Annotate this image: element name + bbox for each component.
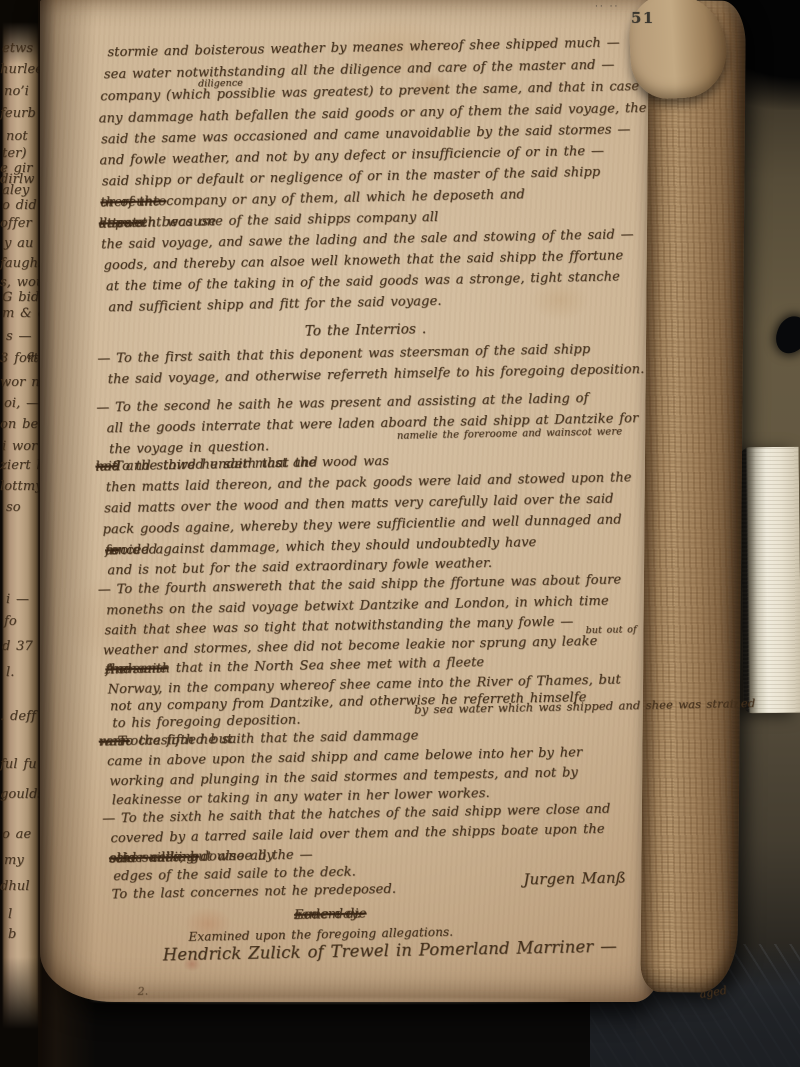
manuscript-line: and is not but for the said extraordinar… [107,557,492,577]
manuscript-line: the said voyage, and sawe the lading and… [101,228,634,251]
manuscript-line: pack goods againe, whereby they were suf… [103,513,622,536]
catchword: aged [699,985,728,1000]
archival-photograph: etwshurleeno’ifeurbnotter)e girdirlwaley… [0,0,800,1067]
manuscript-line: weather and stormes, shee did not become… [103,635,598,657]
manuscript-line: and sufficient shipp and fitt for the sa… [108,295,441,314]
interrogatories-heading: To the Interrios . [305,323,427,339]
interlined-note: namelie the foreroome and wainscot were [397,427,622,441]
manuscript-line: covered by a tarred saile laid over them… [110,823,604,845]
manuscript-line: and fowle weather, and not by any defect… [99,145,604,168]
manuscript-line: To the last concernes not he predeposed. [112,883,397,901]
manuscript-line: came in above upon the said shipp and ca… [107,746,582,768]
folio-number: 2. [137,986,148,997]
manuscript-line: — To the second he saith he was present … [96,392,588,414]
manuscript-line: said matts over the wood and then matts … [104,493,614,516]
manuscript-line: sea water notwithstanding all the dilige… [104,59,615,82]
marginal-addition: by sea water which was shipped and shee … [414,698,755,716]
interlined-word: but out of [586,625,637,635]
manuscript-line: said shipp or default or negligence of o… [102,166,601,189]
manuscript-line: moneths on the said voyage betwixt Dantz… [106,595,609,618]
manuscript-line: saith that shee was so tight that notwit… [104,615,573,637]
manuscript-line: — To the first saith that this deponent … [97,343,590,365]
manuscript-line: l [8,908,12,921]
manuscript-line: working and plunging in the said stormes… [109,766,578,788]
manuscript-line: any dammage hath befallen the said goods… [99,102,647,126]
manuscript-line: goods, and thereby can alsoe well knowet… [103,249,623,272]
manuscript-line: at the time of the taking in of the said… [106,270,620,293]
manuscript-line: company (which possiblie was greatest) t… [100,80,639,103]
manuscript-line: edges of the said saile to the deck. [113,866,356,884]
manuscript-line: then matts laid thereon, and the pack go… [106,471,632,494]
manuscript-line: the voyage in question. [109,440,269,456]
manuscript-line: stormie and boisterous weather by meanes… [107,36,619,59]
deponent-signature: Jurgen Manß [523,870,626,887]
manuscript-line: the said voyage, and otherwise referreth… [108,363,645,386]
interlined-word: diligence [198,79,243,89]
manuscript-text-layer: stormie and boisterous weather by meanes… [0,0,800,1067]
manuscript-line: said the same was occasioned and came un… [101,123,631,146]
manuscript-line: b [8,928,16,941]
manuscript-line: to his foregoing deposition. [112,714,300,731]
